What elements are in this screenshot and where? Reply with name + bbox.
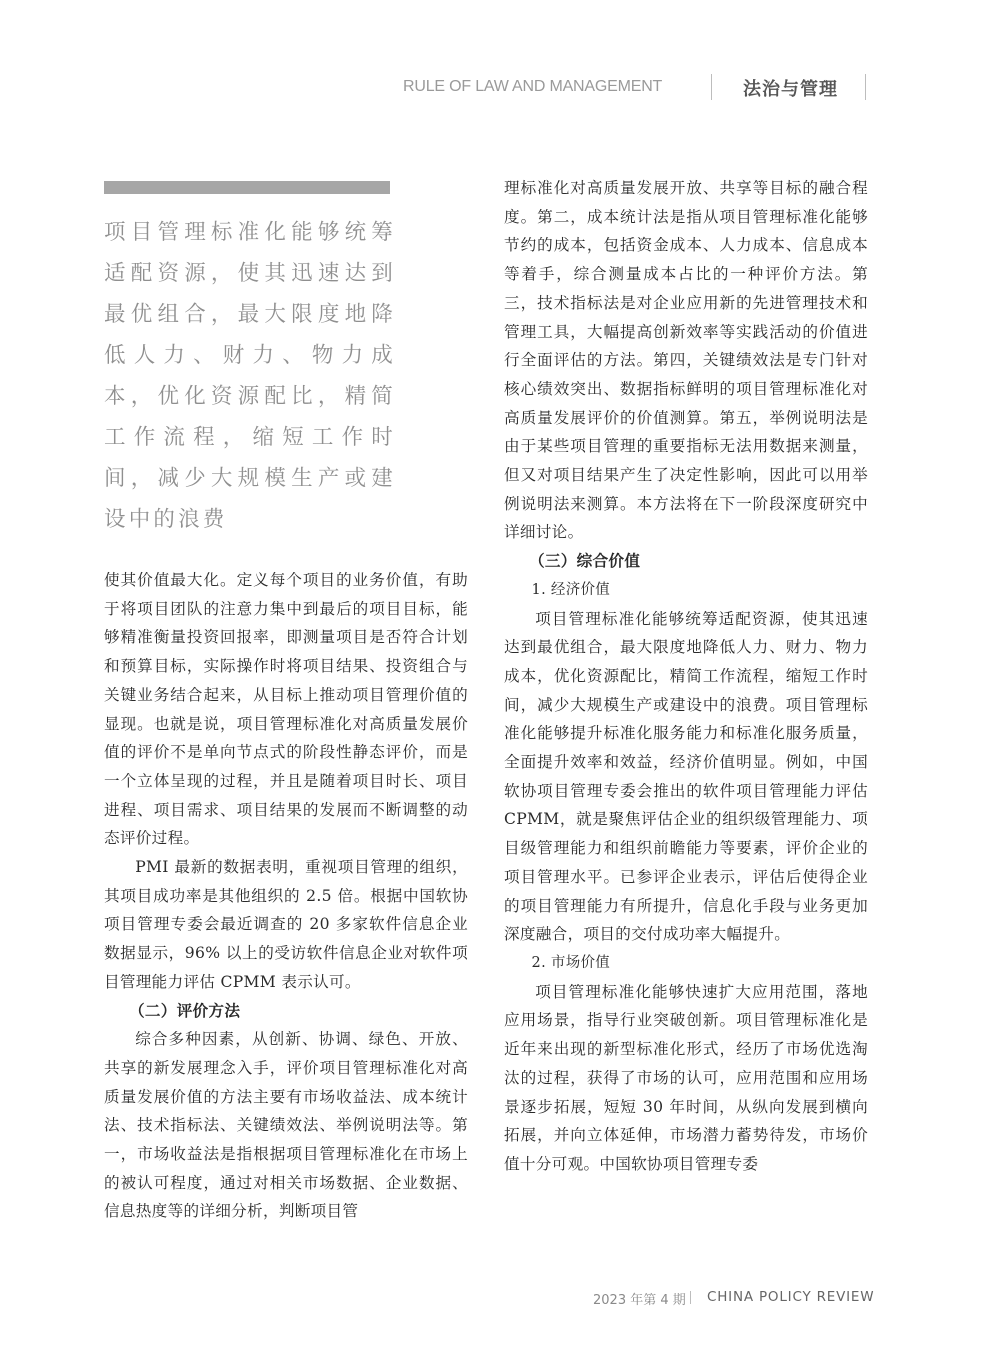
section-heading: （三）综合价值 xyxy=(504,547,868,576)
footer-divider xyxy=(690,1291,691,1304)
pull-quote: 项目管理标准化能够统筹适配资源，使其迅速达到最优组合，最大限度地降低人力、财力、… xyxy=(104,212,396,540)
issue-number: 2023 年第 4 期 xyxy=(593,1289,686,1308)
section-title-en: RULE OF LAW AND MANAGEMENT xyxy=(403,78,662,96)
journal-name: CHINA POLICY REVIEW xyxy=(707,1289,874,1305)
subsection-heading: 1. 经济价值 xyxy=(504,576,868,605)
header-divider xyxy=(865,74,866,100)
paragraph: PMI 最新的数据表明，重视项目管理的组织，其项目成功率是其他组织的 2.5 倍… xyxy=(104,853,468,997)
paragraph: 理标准化对高质量发展开放、共享等目标的融合程度。第二，成本统计法是指从项目管理标… xyxy=(504,174,868,547)
pull-quote-bar xyxy=(104,181,390,194)
running-footer: 2023 年第 4 期 CHINA POLICY REVIEW xyxy=(0,1287,1000,1311)
header-divider xyxy=(711,74,712,100)
paragraph: 综合多种因素，从创新、协调、绿色、开放、共享的新发展理念入手，评价项目管理标准化… xyxy=(104,1025,468,1226)
running-header: RULE OF LAW AND MANAGEMENT 法治与管理 xyxy=(0,72,1000,104)
section-heading: （二）评价方法 xyxy=(104,997,468,1026)
paragraph: 项目管理标准化能够统筹适配资源，使其迅速达到最优组合，最大限度地降低人力、财力、… xyxy=(504,605,868,949)
paragraph: 使其价值最大化。定义每个项目的业务价值，有助于将项目团队的注意力集中到最后的项目… xyxy=(104,566,468,853)
subsection-heading: 2. 市场价值 xyxy=(504,949,868,978)
left-column: 使其价值最大化。定义每个项目的业务价值，有助于将项目团队的注意力集中到最后的项目… xyxy=(104,566,468,1226)
paragraph: 项目管理标准化能够快速扩大应用范围，落地应用场景，指导行业突破创新。项目管理标准… xyxy=(504,978,868,1179)
section-title-cn: 法治与管理 xyxy=(743,75,838,101)
right-column: 理标准化对高质量发展开放、共享等目标的融合程度。第二，成本统计法是指从项目管理标… xyxy=(504,174,868,1179)
